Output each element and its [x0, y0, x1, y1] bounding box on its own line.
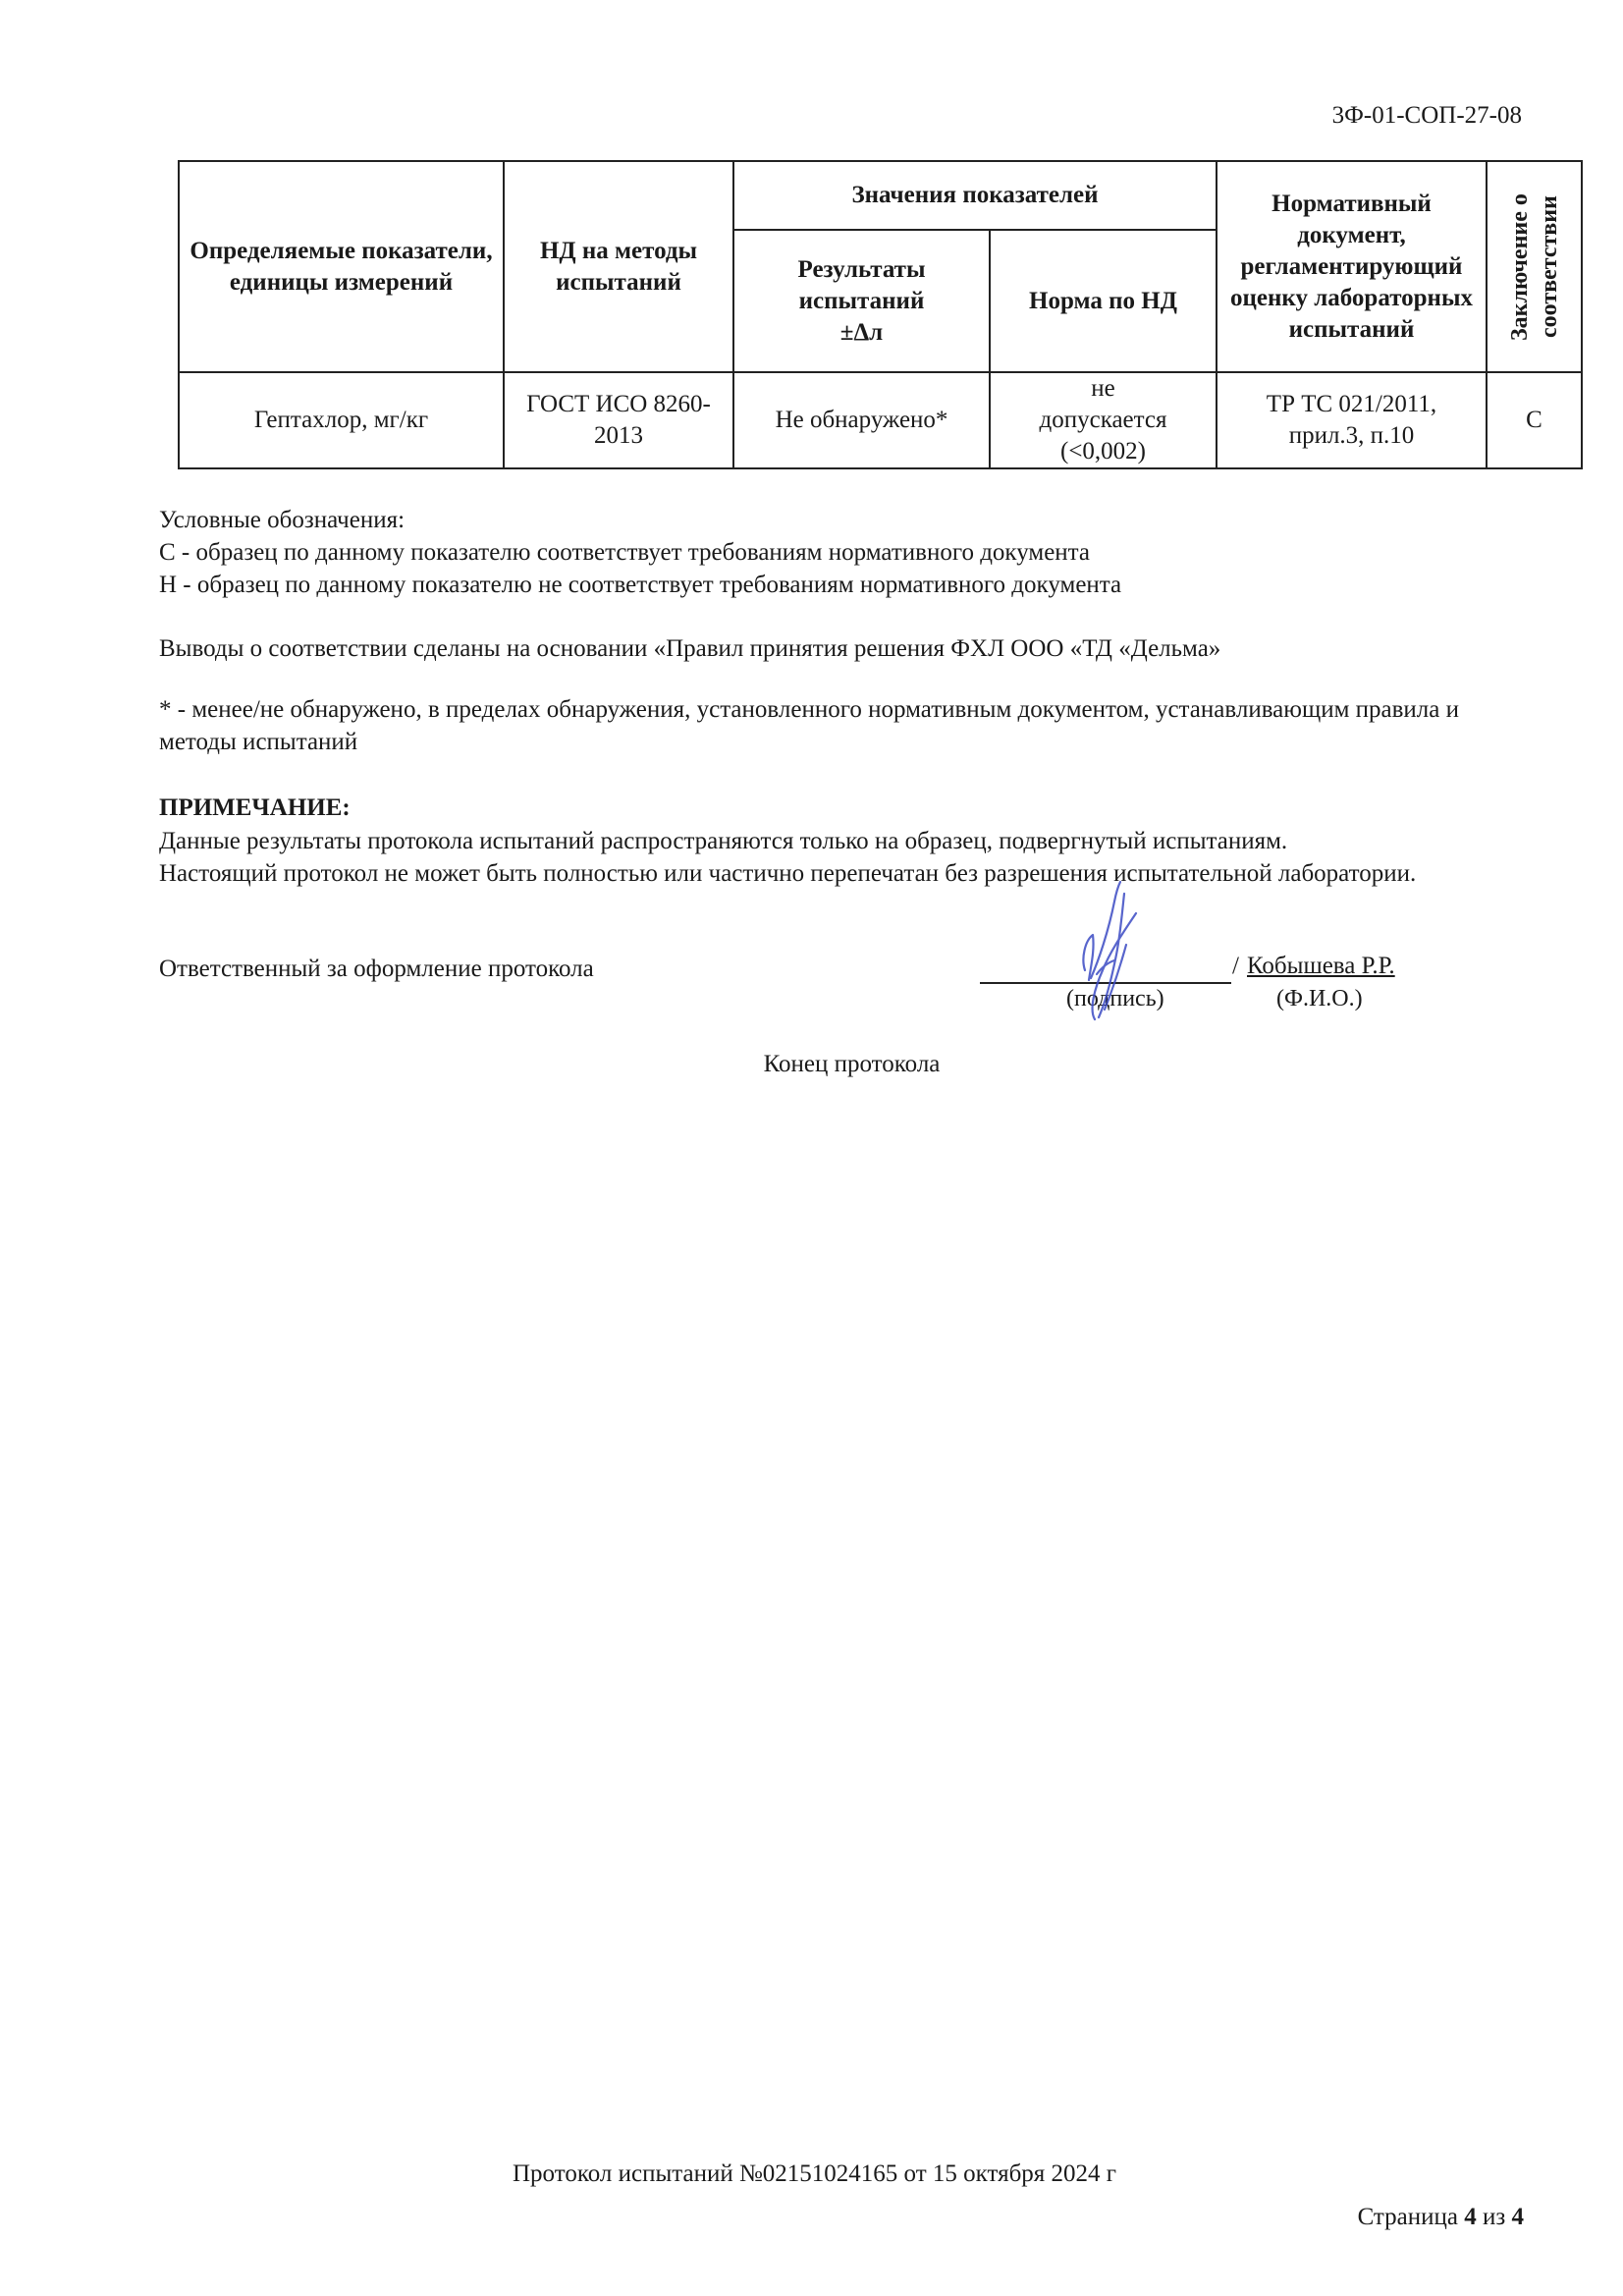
note-title: ПРИМЕЧАНИЕ: [159, 792, 351, 824]
regulating-doc-line: ТР ТС 021/2011, [1267, 391, 1436, 417]
header-indicator: Определяемые показатели, единицы измерен… [179, 161, 504, 372]
footer-protocol-id: Протокол испытаний №02151024165 от 15 ок… [513, 2160, 1116, 2188]
page-of: из [1483, 2204, 1505, 2230]
header-test-method: НД на методы испытаний [504, 161, 733, 372]
norm-line: не [1091, 375, 1114, 402]
header-regulating-doc: Нормативный документ, регламентирующий о… [1217, 161, 1487, 372]
page-indicator: Страница 4 из 4 [1276, 2204, 1524, 2231]
cell-result: Не обнаружено* [733, 372, 990, 468]
header-conformity-label: Заключение о соответствии [1505, 163, 1564, 371]
responsible-label: Ответственный за оформление протокола [159, 953, 594, 985]
legend-item: С - образец по данному показателю соотве… [159, 536, 1435, 569]
table-row: Гептахлор, мг/кг ГОСТ ИСО 8260-2013 Не о… [179, 372, 1582, 468]
norm-line: (<0,002) [1060, 438, 1146, 465]
header-test-results-sub: ±Δл [840, 319, 883, 346]
legend-item: Н - образец по данному показателю не соо… [159, 569, 1435, 601]
signature-slash: / [1232, 953, 1239, 980]
cell-method: ГОСТ ИСО 8260-2013 [504, 372, 733, 468]
note-line: Данные результаты протокола испытаний ра… [159, 825, 1465, 857]
header-values-group: Значения показателей [733, 161, 1217, 230]
cell-indicator: Гептахлор, мг/кг [179, 372, 504, 468]
cell-conformity: С [1487, 372, 1582, 468]
page-label: Страница [1358, 2204, 1458, 2230]
header-norm: Норма по НД [990, 230, 1217, 372]
header-test-results: Результаты испытаний ±Δл [733, 230, 990, 372]
cell-norm: не допускается (<0,002) [990, 372, 1217, 468]
note-line: Настоящий протокол не может быть полност… [159, 857, 1465, 890]
results-table: Определяемые показатели, единицы измерен… [178, 160, 1583, 469]
regulating-doc-line: прил.3, п.10 [1289, 422, 1415, 449]
norm-line: допускается [1040, 407, 1167, 433]
legend-title: Условные обозначения: [159, 504, 1435, 536]
handwritten-signature-icon [1055, 872, 1163, 1029]
name-caption: (Ф.И.О.) [1276, 986, 1363, 1012]
cell-regulating-doc: ТР ТС 021/2011, прил.3, п.10 [1217, 372, 1487, 468]
page-total: 4 [1512, 2204, 1525, 2230]
end-of-protocol: Конец протокола [0, 1051, 1623, 1078]
header-conformity: Заключение о соответствии [1487, 161, 1582, 372]
legend: Условные обозначения: С - образец по дан… [159, 504, 1435, 601]
page-current: 4 [1464, 2204, 1477, 2230]
note-body: Данные результаты протокола испытаний ра… [159, 825, 1465, 890]
footnote: * - менее/не обнаружено, в пределах обна… [159, 693, 1534, 758]
header-test-results-label: Результаты испытаний [798, 256, 926, 314]
form-code: 3Ф-01-СОП-27-08 [1227, 102, 1522, 130]
conclusions-basis: Выводы о соответствии сделаны на основан… [159, 632, 1534, 665]
signatory-name: Кобышева Р.Р. [1247, 953, 1395, 980]
